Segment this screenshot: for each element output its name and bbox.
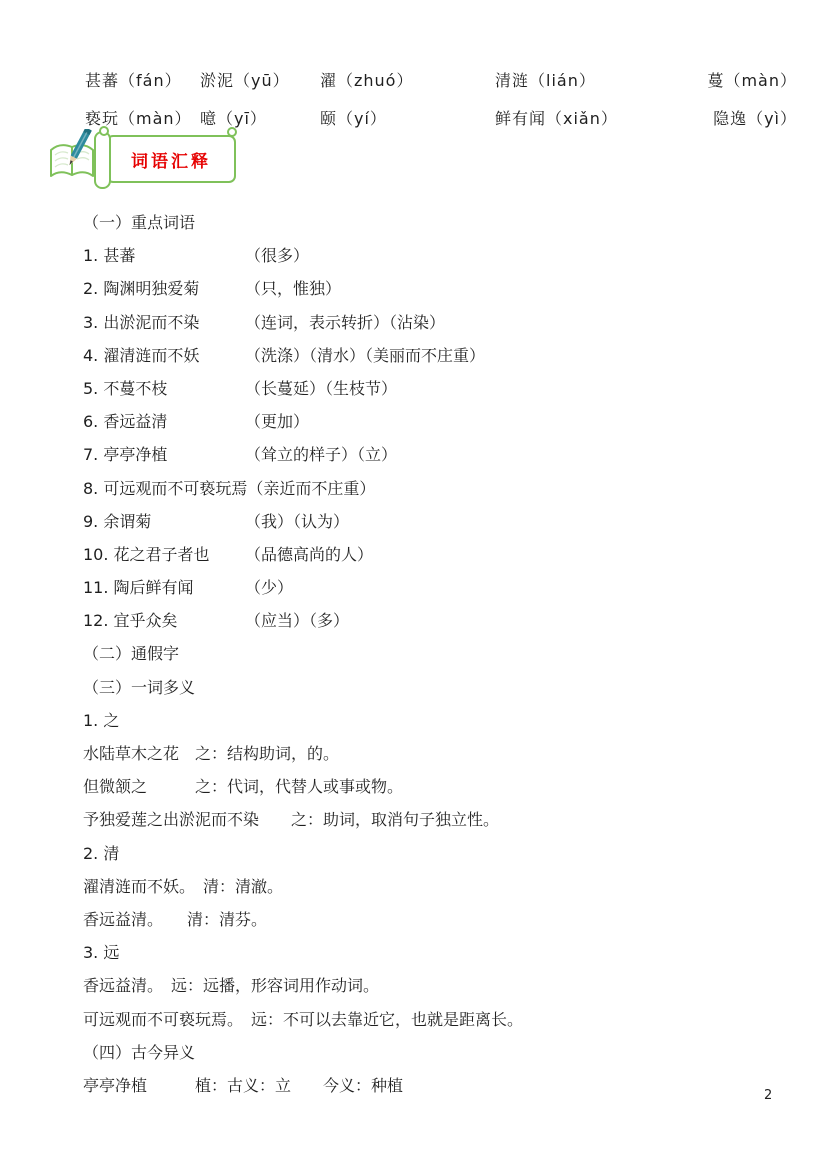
content-line: 水陆草木之花 之：结构助词，的。 <box>83 737 797 770</box>
term-text: 香远益清。 远：远播，形容词用作动词。 <box>83 969 379 1002</box>
term-text: 4. 濯清涟而不妖 <box>83 339 245 372</box>
content-line: 1. 甚蕃（很多） <box>83 239 797 272</box>
pinyin-annotation: 鲜有闻（xiǎn） <box>495 100 713 138</box>
content-line: 2. 清 <box>83 837 797 870</box>
term-text: 濯清涟而不妖。 清：清澈。 <box>83 870 283 903</box>
content-line: 11. 陶后鲜有闻（少） <box>83 571 797 604</box>
term-text: 亭亭净植 植：古义：立 今义：种植 <box>83 1069 403 1102</box>
scroll-knob-left <box>99 126 109 136</box>
term-text: 5. 不蔓不枝 <box>83 372 245 405</box>
content-line: 2. 陶渊明独爱菊（只，惟独） <box>83 272 797 305</box>
gloss-text: （亲近而不庄重） <box>247 479 375 498</box>
pinyin-annotation: 淤泥（yū） <box>200 62 320 100</box>
content-line: 3. 出淤泥而不染（连词，表示转折）（沾染） <box>83 306 797 339</box>
term-text: 1. 之 <box>83 704 245 737</box>
term-text: （一）重点词语 <box>83 206 245 239</box>
gloss-text: （洗涤）（清水）（美丽而不庄重） <box>245 346 485 365</box>
gloss-text: （长蔓延）（生枝节） <box>245 379 397 398</box>
term-text: （二）通假字 <box>83 637 245 670</box>
term-text: 11. 陶后鲜有闻 <box>83 571 245 604</box>
term-text: （四）古今异义 <box>83 1036 245 1069</box>
gloss-text: （连词，表示转折）（沾染） <box>245 313 445 332</box>
gloss-text: （品德高尚的人） <box>245 545 373 564</box>
pinyin-annotation: 隐逸（yì） <box>713 100 797 138</box>
gloss-text: （很多） <box>245 246 309 265</box>
page-number: 2 <box>764 1088 772 1103</box>
pinyin-annotations: 甚蕃（fán） 淤泥（yū） 濯（zhuó） 清涟（lián） 蔓（màn） 亵… <box>85 62 797 138</box>
scroll-roll-decoration <box>94 131 111 189</box>
content-line: 7. 亭亭净植（耸立的样子）（立） <box>83 438 797 471</box>
term-text: （三）一词多义 <box>83 671 245 704</box>
gloss-text: （更加） <box>245 412 309 431</box>
document-page: 甚蕃（fán） 淤泥（yū） 濯（zhuó） 清涟（lián） 蔓（màn） 亵… <box>0 0 827 1169</box>
term-text: 水陆草木之花 之：结构助词，的。 <box>83 737 339 770</box>
content-line: 濯清涟而不妖。 清：清澈。 <box>83 870 797 903</box>
gloss-text: （只，惟独） <box>245 279 341 298</box>
banner-plate: 词语汇释 <box>106 135 236 183</box>
content-line: 可远观而不可亵玩焉。 远：不可以去靠近它，也就是距离长。 <box>83 1003 797 1036</box>
term-text: 6. 香远益清 <box>83 405 245 438</box>
term-text: 2. 陶渊明独爱菊 <box>83 272 245 305</box>
pinyin-annotation: 清涟（lián） <box>495 62 707 100</box>
scroll-knob-right <box>227 127 237 137</box>
content-line: 1. 之 <box>83 704 797 737</box>
content-line: （三）一词多义 <box>83 671 797 704</box>
banner-title: 词语汇释 <box>131 147 211 172</box>
content-line: 予独爱莲之出淤泥而不染 之：助词，取消句子独立性。 <box>83 803 797 836</box>
content-line: 4. 濯清涟而不妖（洗涤）（清水）（美丽而不庄重） <box>83 339 797 372</box>
banner-scroll: 词语汇释 <box>94 135 236 183</box>
term-text: 3. 出淤泥而不染 <box>83 306 245 339</box>
content-line: （二）通假字 <box>83 637 797 670</box>
content-line: （一）重点词语 <box>83 206 797 239</box>
term-text: 予独爱莲之出淤泥而不染 之：助词，取消句子独立性。 <box>83 803 499 836</box>
content-line: 12. 宜乎众矣（应当）（多） <box>83 604 797 637</box>
gloss-text: （我）（认为） <box>245 512 349 531</box>
pinyin-row: 甚蕃（fán） 淤泥（yū） 濯（zhuó） 清涟（lián） 蔓（màn） <box>85 62 797 100</box>
content-line: 5. 不蔓不枝（长蔓延）（生枝节） <box>83 372 797 405</box>
pinyin-annotation: 颐（yí） <box>320 100 495 138</box>
content-line: 但微颔之 之：代词，代替人或事或物。 <box>83 770 797 803</box>
gloss-text: （应当）（多） <box>245 611 349 630</box>
gloss-text: （耸立的样子）（立） <box>245 445 397 464</box>
book-pencil-icon <box>46 129 100 187</box>
term-text: 12. 宜乎众矣 <box>83 604 245 637</box>
pinyin-annotation: 濯（zhuó） <box>320 62 495 100</box>
pinyin-annotation: 甚蕃（fán） <box>85 62 200 100</box>
content-line: 香远益清。 清：清芬。 <box>83 903 797 936</box>
content-line: 亭亭净植 植：古义：立 今义：种植 <box>83 1069 797 1102</box>
content-line: 9. 余谓菊（我）（认为） <box>83 505 797 538</box>
content-line: 3. 远 <box>83 936 797 969</box>
term-text: 香远益清。 清：清芬。 <box>83 903 267 936</box>
term-text: 可远观而不可亵玩焉。 远：不可以去靠近它，也就是距离长。 <box>83 1003 523 1036</box>
content-line: 6. 香远益清（更加） <box>83 405 797 438</box>
section-banner: 词语汇释 <box>46 129 236 187</box>
term-text: 2. 清 <box>83 837 245 870</box>
term-text: 9. 余谓菊 <box>83 505 245 538</box>
term-text: 3. 远 <box>83 936 245 969</box>
gloss-text: （少） <box>245 578 293 597</box>
content-line: 10. 花之君子者也（品德高尚的人） <box>83 538 797 571</box>
term-text: 7. 亭亭净植 <box>83 438 245 471</box>
pinyin-annotation: 蔓（màn） <box>707 62 797 100</box>
content-line: 香远益清。 远：远播，形容词用作动词。 <box>83 969 797 1002</box>
term-text: 8. 可远观而不可亵玩焉 <box>83 472 247 505</box>
term-text: 1. 甚蕃 <box>83 239 245 272</box>
content-line: （四）古今异义 <box>83 1036 797 1069</box>
content-line: 8. 可远观而不可亵玩焉（亲近而不庄重） <box>83 472 797 505</box>
term-text: 但微颔之 之：代词，代替人或事或物。 <box>83 770 403 803</box>
vocabulary-content: （一）重点词语 1. 甚蕃（很多） 2. 陶渊明独爱菊（只，惟独） 3. 出淤泥… <box>83 206 797 1102</box>
term-text: 10. 花之君子者也 <box>83 538 245 571</box>
